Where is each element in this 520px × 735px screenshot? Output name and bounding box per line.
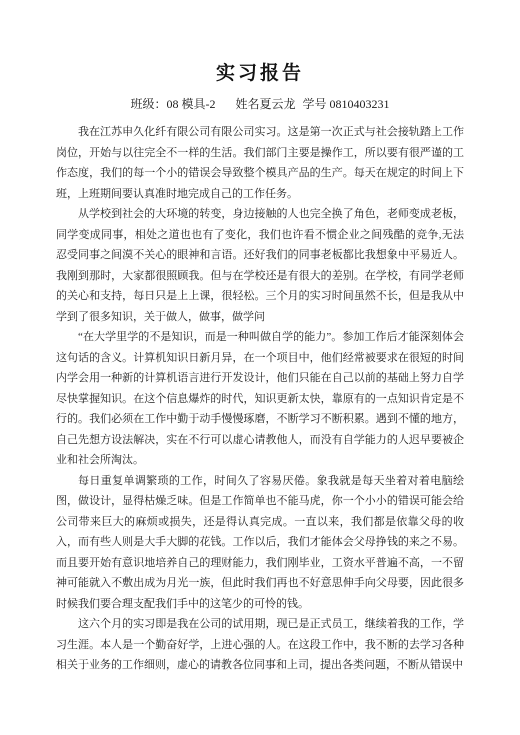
report-body: 我在江苏申久化纤有限公司有限公司实习。这是第一次正式与社会接轨踏上工作岗位，开始… [56, 122, 464, 676]
report-meta: 班级：08 模具-2 姓名夏云龙 学号 0810403231 [0, 96, 520, 112]
student-id-field: 学号 0810403231 [303, 96, 390, 112]
class-field: 班级：08 模具-2 [130, 96, 215, 112]
page-title: 实习报告 [0, 62, 520, 86]
paragraph-environment-change: 从学校到社会的大环境的转变，身边接触的人也完全换了角色，老师变成老板，同学变成同… [56, 204, 464, 327]
paragraph-self-learning: “在大学里学的不是知识，而是一种叫做自学的能力”。参加工作后才能深刻体会这句话的… [56, 327, 464, 471]
paragraph-daily-work: 每日重复单调繁琐的工作，时间久了容易厌倦。象我就是每天坐着对着电脑绘图，做设计，… [56, 471, 464, 615]
paragraph-probation: 这六个月的实习即是我在公司的试用期，现已是正式员工，继续着我的工作，学习生涯。本… [56, 614, 464, 676]
paragraph-intro: 我在江苏申久化纤有限公司有限公司实习。这是第一次正式与社会接轨踏上工作岗位，开始… [56, 122, 464, 204]
student-name-field: 姓名夏云龙 [235, 96, 295, 112]
report-page: 实习报告 班级：08 模具-2 姓名夏云龙 学号 0810403231 我在江苏… [0, 0, 520, 735]
